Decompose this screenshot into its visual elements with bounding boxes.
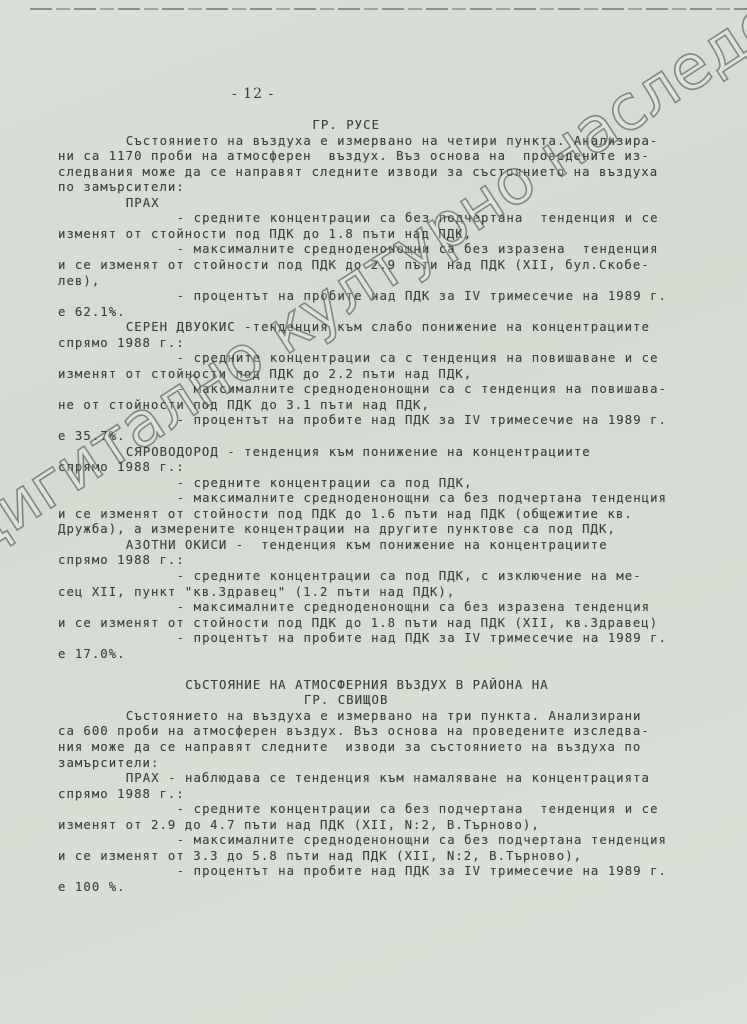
text-line: ния може да се направят следните изводи … <box>58 740 641 755</box>
section-heading: ГР. СВИЩОВ <box>304 693 389 708</box>
text-line: спрямо 1988 г.: <box>58 553 185 568</box>
page-number: - 12 - <box>232 86 274 102</box>
text-line: ПРАХ - наблюдава се тенденция към намаля… <box>126 771 650 786</box>
text-line: Състоянието на въздуха е измервано на тр… <box>126 709 642 724</box>
text-line: е 17.0%. <box>58 647 126 662</box>
text-line: е 62.1%. <box>58 305 126 320</box>
section-heading: СЪСТОЯНИЕ НА АТМОСФЕРНИЯ ВЪЗДУХ В РАЙОНА… <box>185 678 549 693</box>
text-line: по замърсители: <box>58 180 185 195</box>
text-line: е 100 %. <box>58 880 126 895</box>
text-line: ни са 1170 проби на атмосферен въздух. В… <box>58 149 650 164</box>
text-line: - средните концентрации са без подчертан… <box>177 211 659 226</box>
text-line: - процентът на пробите над ПДК за IV три… <box>177 631 667 646</box>
text-line: Дружба), а измерените концентрации на др… <box>58 522 616 537</box>
text-line: изменят от 2.9 до 4.7 пъти над ПДК (XII,… <box>58 818 540 833</box>
text-line: СЕРЕН ДВУОКИС -тенденция към слабо пониж… <box>126 320 650 335</box>
text-line: и се изменят от 3.3 до 5.8 пъти над ПДК … <box>58 849 582 864</box>
text-line: - максималните средноденонощни са без из… <box>177 600 650 615</box>
text-line: - средните концентрации са под ПДК, с из… <box>177 569 642 584</box>
text-line: - средните концентрации са под ПДК, <box>177 476 473 491</box>
text-line: Състоянието на въздуха е измервано на че… <box>126 134 659 149</box>
text-line: спрямо 1988 г.: <box>58 787 185 802</box>
text-line: АЗОТНИ ОКИСИ - тенденция към понижение н… <box>126 538 608 553</box>
text-line: и се изменят от стойности под ПДК до 1.6… <box>58 507 633 522</box>
text-line: лев), <box>58 274 100 289</box>
text-line: - максималните средноденонощни са без из… <box>177 242 659 257</box>
text-line: - максималните средноденонощни са без по… <box>177 833 667 848</box>
text-line: - процентът на пробите над ПДК за IV три… <box>177 289 667 304</box>
text-line: не от стойности под ПДК до 3.1 пъти над … <box>58 398 430 413</box>
text-line: - средните концентрации са с тенденция н… <box>177 351 659 366</box>
text-line: изменят от стойности под ПДК до 2.2 пъти… <box>58 367 472 382</box>
text-line: следвания може да се направят следните и… <box>58 165 658 180</box>
text-line: замърсители: <box>58 756 159 771</box>
text-line: - процентът на пробите над ПДК за IV три… <box>177 413 667 428</box>
text-line: са 600 проби на атмосферен въздух. Въз о… <box>58 724 650 739</box>
text-line: и се изменят от стойности под ПДК до 2.9… <box>58 258 650 273</box>
text-line: - максималните средноденонощни са без по… <box>177 491 667 506</box>
text-line: спрямо 1988 г.: <box>58 460 185 475</box>
scan-top-edge <box>30 8 747 10</box>
text-line: е 35.7%. <box>58 429 126 444</box>
text-line: сец XII, пункт "кв.Здравец" (1.2 пъти на… <box>58 585 455 600</box>
text-line: СЯРОВОДОРОД - тенденция към понижение на… <box>126 445 591 460</box>
text-line: - средните концентрации са без подчертан… <box>177 802 659 817</box>
text-line: - максималните средноденонощни са с тенд… <box>177 382 667 397</box>
text-line: и се изменят от стойности под ПДК до 1.8… <box>58 616 658 631</box>
text-line: спрямо 1988 г.: <box>58 336 185 351</box>
text-line: - процентът на пробите над ПДК за IV три… <box>177 864 667 879</box>
section-heading: ГР. РУСЕ <box>312 118 380 133</box>
text-line: ПРАХ <box>126 196 160 211</box>
text-line: изменят от стойности под ПДК до 1.8 пъти… <box>58 227 472 242</box>
